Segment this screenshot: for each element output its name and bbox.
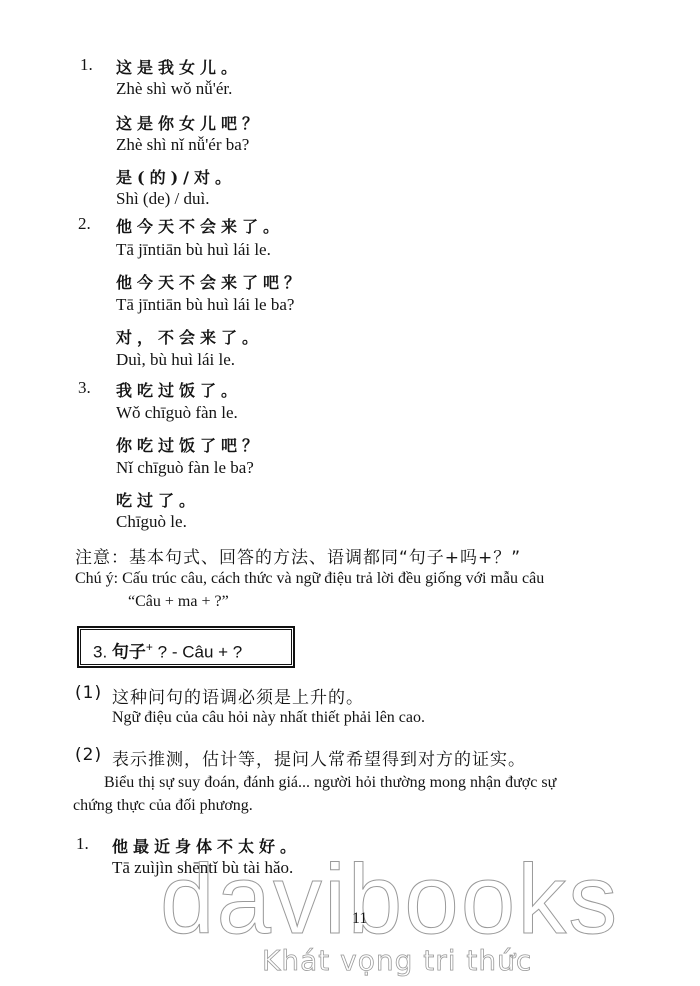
- chinese-sentence: 对，不会来了。: [116, 325, 263, 348]
- example-number: 3.: [78, 378, 91, 398]
- page-number: 11: [352, 910, 367, 928]
- section-heading-box: 3. 句子+ ? - Câu + ?: [78, 627, 294, 667]
- chinese-sentence: 他今天不会来了吧？: [116, 270, 305, 293]
- note-vietnamese-pattern: “Câu + ma + ?”: [128, 593, 229, 611]
- chinese-sentence: 是(的)/对。: [116, 165, 236, 188]
- chinese-sentence: 这是我女儿。: [116, 55, 242, 78]
- pinyin-line: Tā jīntiān bù huì lái le ba?: [116, 295, 294, 315]
- point-vietnamese: Biểu thị sự suy đoán, đánh giá... người …: [104, 774, 556, 792]
- chinese-sentence: 我吃过饭了。: [116, 378, 242, 401]
- pinyin-line: Wǒ chīguò fàn le.: [116, 403, 238, 423]
- chinese-sentence: 他今天不会来了。: [116, 214, 284, 237]
- section-number: 3.: [93, 643, 107, 662]
- pinyin-line: Shì (de) / duì.: [116, 189, 210, 209]
- note-vietnamese: Chú ý: Cấu trúc câu, cách thức và ngữ đi…: [75, 570, 544, 588]
- example-number: 2.: [78, 214, 91, 234]
- note-chinese: 注意：基本句式、回答的方法、语调都同“句子+吗+？”: [75, 543, 521, 568]
- pinyin-line: Nǐ chīguò fàn le ba?: [116, 458, 254, 478]
- chinese-sentence: 你吃过饭了吧？: [116, 433, 263, 456]
- pinyin-line: Chīguò le.: [116, 512, 187, 532]
- point-chinese: 这种问句的语调必须是上升的。: [112, 683, 364, 708]
- pinyin-line: Zhè shì wǒ nǚ'ér.: [116, 79, 232, 99]
- pinyin-line: Tā jīntiān bù huì lái le.: [116, 240, 271, 260]
- section-title-chinese: 句子: [112, 643, 146, 663]
- chinese-sentence: 这是你女儿吧？: [116, 111, 263, 134]
- example-number: 1.: [80, 55, 93, 75]
- point-label: (1): [75, 683, 102, 703]
- section-plus: +: [146, 640, 153, 654]
- watermark-slogan: Khát vọng tri thức: [262, 944, 532, 977]
- section-title-rest: ? - Câu + ?: [153, 643, 242, 662]
- pinyin-line: Duì, bù huì lái le.: [116, 350, 235, 370]
- point-vietnamese: Ngữ điệu của câu hỏi này nhất thiết phải…: [112, 709, 425, 727]
- watermark-brand: davibooks: [160, 843, 619, 956]
- point-chinese: 表示推测，估计等，提问人常希望得到对方的证实。: [112, 745, 526, 770]
- example-number: 1.: [76, 834, 89, 854]
- point-vietnamese-cont: chứng thực của đối phương.: [73, 797, 253, 815]
- pinyin-line: Zhè shì nǐ nǚ'ér ba?: [116, 135, 249, 155]
- chinese-sentence: 吃过了。: [116, 488, 200, 511]
- point-label: (2): [75, 745, 102, 765]
